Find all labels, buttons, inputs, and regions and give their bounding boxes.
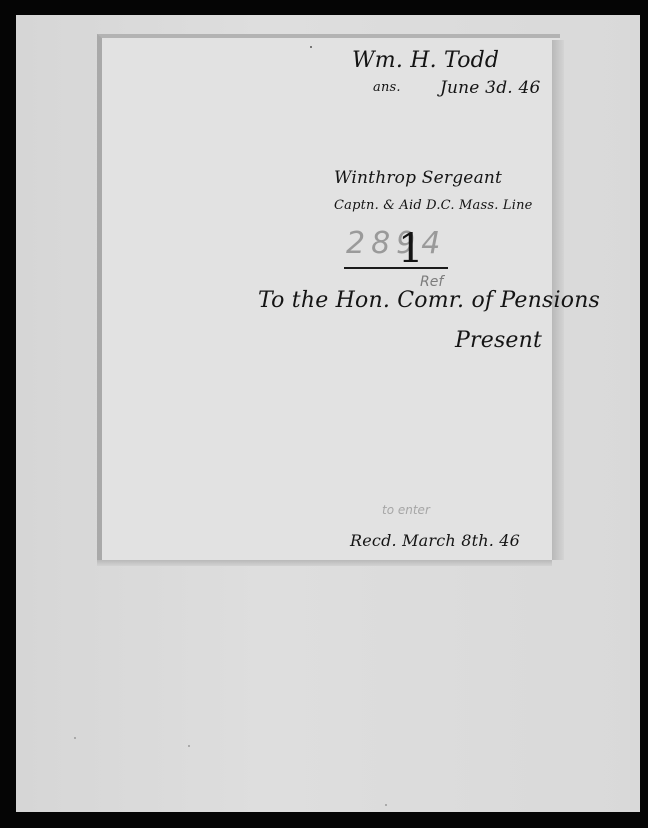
received-date: Recd. March 8th. 46	[350, 531, 520, 550]
pencil-note: to enter	[382, 503, 430, 517]
file-number-pencil: 2894	[346, 226, 446, 261]
answered-date: June 3d. 46	[440, 78, 541, 98]
address-line-1: To the Hon. Comr. of Pensions	[258, 288, 600, 313]
paper-speck	[385, 804, 387, 806]
answered-label: ans.	[373, 80, 401, 95]
underline-rule	[344, 267, 448, 269]
correspondent-name: Wm. H. Todd	[352, 48, 499, 73]
paper-speck	[188, 745, 190, 747]
fold-shadow-bottom	[97, 560, 552, 566]
paper-speck	[74, 737, 76, 739]
ink-speck	[310, 46, 312, 48]
subject-rank: Captn. & Aid D.C. Mass. Line	[334, 198, 533, 213]
file-number-ink-stroke: 1	[398, 226, 424, 272]
address-line-2: Present	[455, 328, 542, 353]
subject-name: Winthrop Sergeant	[334, 168, 502, 188]
